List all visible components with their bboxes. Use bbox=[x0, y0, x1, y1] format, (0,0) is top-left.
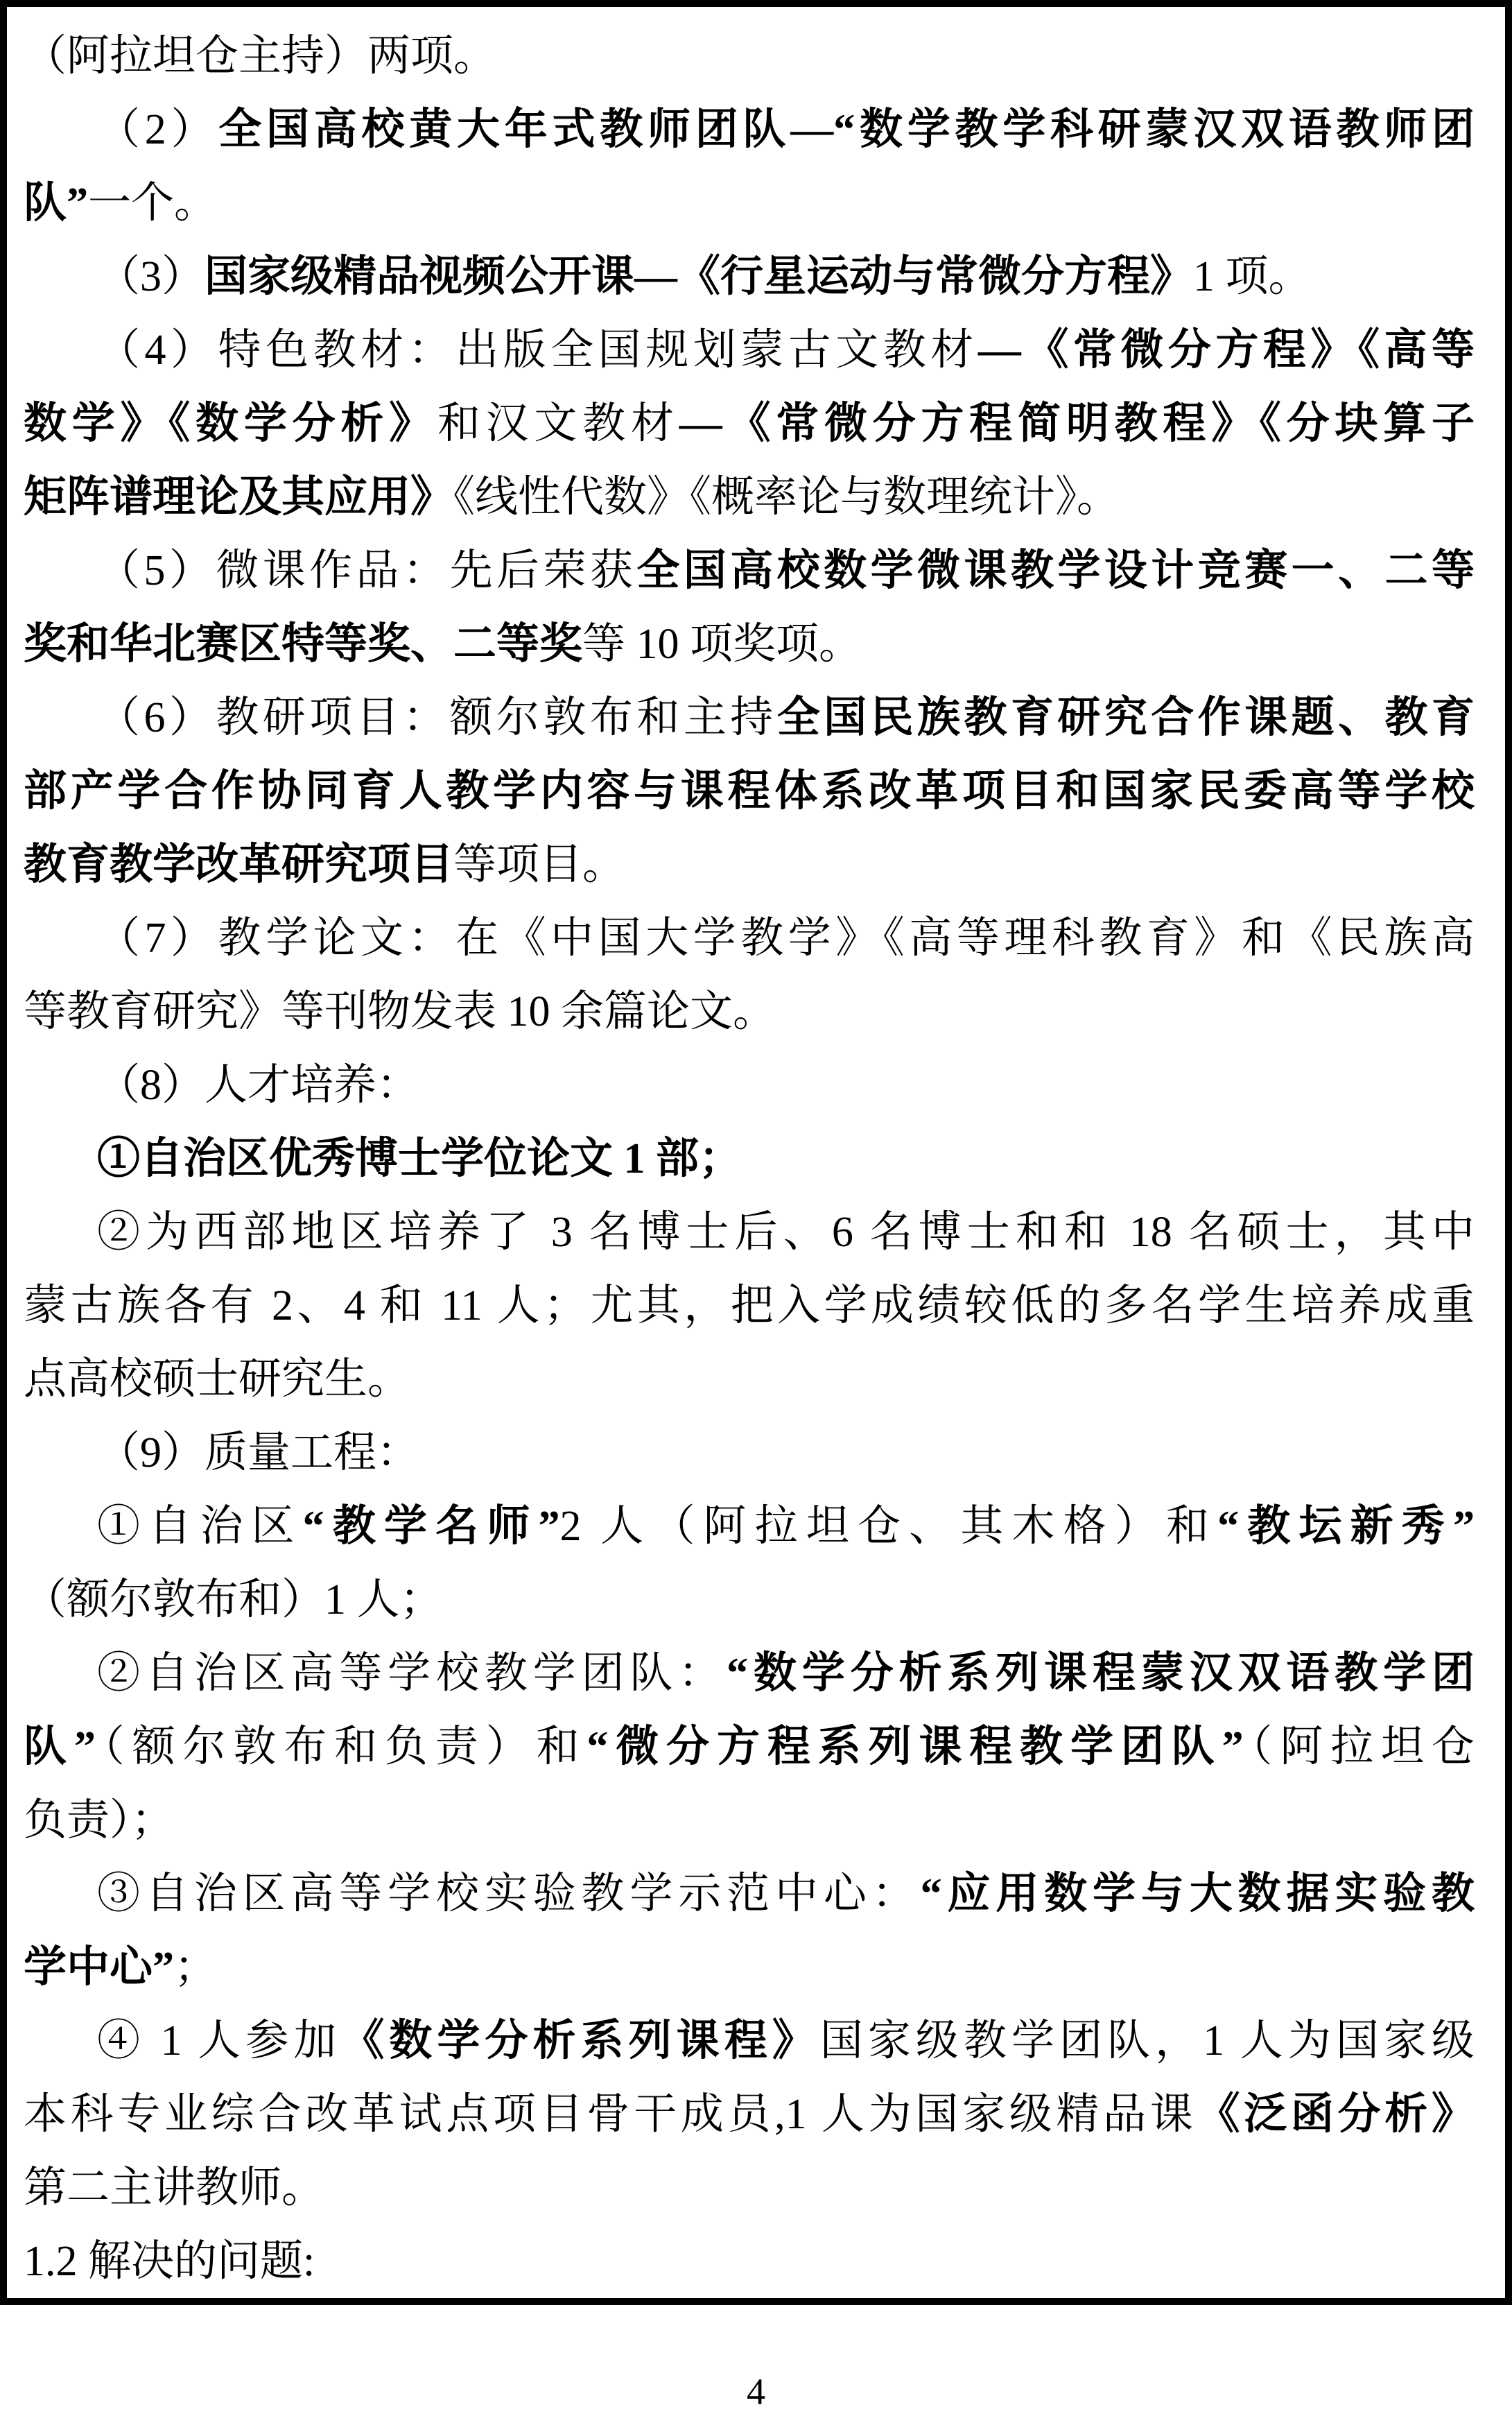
text-run: （8）人才培养： bbox=[97, 1062, 419, 1109]
text-line: 本科专业综合改革试点项目骨干成员,1 人为国家级精品课《泛函分析》 bbox=[24, 2078, 1475, 2151]
text-line: 队”（额尔敦布和负责）和“微分方程系列课程教学团队”（阿拉坦仓 bbox=[24, 1710, 1475, 1784]
text-line: （阿拉坦仓主持）两项。 bbox=[24, 19, 1475, 93]
text-line: 队”一个。 bbox=[24, 166, 1475, 240]
bold-text-run: 全国民族教育研究合作课题、教育 bbox=[777, 694, 1475, 741]
bold-text-run: ①自治区优秀博士学位论文 1 部； bbox=[97, 1135, 742, 1182]
text-run: （额尔敦布和）1 人； bbox=[24, 1576, 443, 1623]
text-run: （2） bbox=[97, 106, 218, 153]
document-content: （阿拉坦仓主持）两项。（2）全国高校黄大年式教师团队—“数学教学科研蒙汉双语教师… bbox=[24, 19, 1475, 2298]
text-run: ②为西部地区培养了 3 名博士后、6 名博士和和 18 名硕士，其中 bbox=[97, 1209, 1475, 1256]
bold-text-run: 学中心” bbox=[24, 1944, 174, 1991]
text-run: 等 10 项奖项。 bbox=[582, 621, 862, 668]
bold-text-run: 《数学分析系列课程》 bbox=[341, 2017, 820, 2064]
bold-text-run: “教坛新秀” bbox=[1217, 1503, 1475, 1550]
text-run: （阿拉坦仓主持）两项。 bbox=[24, 33, 496, 80]
text-line: 数学》《数学分析》和汉文教材—《常微分方程简明教程》《分块算子 bbox=[24, 387, 1475, 460]
bold-text-run: 教育教学改革研究项目 bbox=[24, 841, 453, 888]
bold-text-run: “教学名师” bbox=[303, 1503, 560, 1550]
text-run: 《线性代数》《概率论与数理统计》。 bbox=[453, 474, 1120, 521]
text-run: （5）微课作品：先后荣获 bbox=[97, 547, 636, 594]
text-run: （3） bbox=[97, 253, 205, 300]
text-line: ①自治区优秀博士学位论文 1 部； bbox=[24, 1122, 1475, 1196]
text-line: （8）人才培养： bbox=[24, 1049, 1475, 1122]
text-run: （额尔敦布和负责）和 bbox=[96, 1723, 587, 1770]
text-run: 2 人（阿拉坦仓、其木格）和 bbox=[560, 1503, 1218, 1550]
text-line: 蒙古族各有 2、4 和 11 人；尤其，把入学成绩较低的多名学生培养成重 bbox=[24, 1269, 1475, 1343]
text-run: 和汉文教材 bbox=[437, 400, 679, 447]
text-line: （6）教研项目：额尔敦布和主持全国民族教育研究合作课题、教育 bbox=[24, 681, 1475, 754]
text-run: 等项目。 bbox=[453, 841, 625, 888]
text-line: 等教育研究》等刊物发表 10 余篇论文。 bbox=[24, 975, 1475, 1049]
text-line: ①自治区“教学名师”2 人（阿拉坦仓、其木格）和“教坛新秀” bbox=[24, 1490, 1475, 1563]
text-line: 负责）； bbox=[24, 1784, 1475, 1857]
bold-text-run: “微分方程系列课程教学团队” bbox=[586, 1723, 1243, 1770]
text-run: 蒙古族各有 2、4 和 11 人；尤其，把入学成绩较低的多名学生培养成重 bbox=[24, 1282, 1475, 1329]
text-run: 本科专业综合改革试点项目骨干成员,1 人为国家级精品课 bbox=[24, 2091, 1197, 2138]
text-border-frame: （阿拉坦仓主持）两项。（2）全国高校黄大年式教师团队—“数学教学科研蒙汉双语教师… bbox=[0, 0, 1512, 2305]
text-run: ③自治区高等学校实验教学示范中心： bbox=[97, 1870, 921, 1917]
bold-text-run: —《常微分方程》《高等 bbox=[978, 327, 1475, 374]
text-run: ； bbox=[174, 1944, 217, 1991]
text-run: 一个。 bbox=[88, 180, 217, 227]
page-number: 4 bbox=[0, 2370, 1512, 2413]
text-line: （2）全国高校黄大年式教师团队—“数学教学科研蒙汉双语教师团 bbox=[24, 93, 1475, 166]
text-run: （6）教研项目：额尔敦布和主持 bbox=[97, 694, 777, 741]
text-line: （4）特色教材：出版全国规划蒙古文教材—《常微分方程》《高等 bbox=[24, 313, 1475, 387]
bold-text-run: 全国高校数学微课教学设计竞赛一、二等 bbox=[636, 547, 1475, 594]
text-run: （9）质量工程： bbox=[97, 1429, 419, 1476]
text-line: 奖和华北赛区特等奖、二等奖等 10 项奖项。 bbox=[24, 607, 1475, 681]
bold-text-run: 全国高校黄大年式教师团队—“数学教学科研蒙汉双语教师团 bbox=[218, 106, 1475, 153]
text-run: （7）教学论文：在《中国大学教学》《高等理科教育》和《民族高 bbox=[97, 915, 1475, 962]
text-line: （3）国家级精品视频公开课—《行星运动与常微分方程》1 项。 bbox=[24, 240, 1475, 313]
bold-text-run: 矩阵谱理论及其应用》 bbox=[24, 474, 453, 521]
text-line: 教育教学改革研究项目等项目。 bbox=[24, 828, 1475, 902]
bold-text-run: 队” bbox=[24, 180, 88, 227]
text-run: 点高校硕士研究生。 bbox=[24, 1356, 410, 1403]
bold-text-run: 《泛函分析》 bbox=[1197, 2091, 1475, 2138]
text-run: 第二主讲教师。 bbox=[24, 2164, 324, 2211]
text-line: 1.2 解决的问题: bbox=[24, 2225, 1475, 2298]
text-run: ①自治区 bbox=[97, 1503, 303, 1550]
text-line: （额尔敦布和）1 人； bbox=[24, 1563, 1475, 1637]
bold-text-run: 部产学合作协同育人教学内容与课程体系改革项目和国家民委高等学校 bbox=[24, 768, 1475, 815]
text-run: 等教育研究》等刊物发表 10 余篇论文。 bbox=[24, 988, 776, 1035]
bold-text-run: 数学》《数学分析》 bbox=[24, 400, 437, 447]
text-line: （9）质量工程： bbox=[24, 1416, 1475, 1490]
bold-text-run: —《常微分方程简明教程》《分块算子 bbox=[679, 400, 1475, 447]
text-line: 部产学合作协同育人教学内容与课程体系改革项目和国家民委高等学校 bbox=[24, 754, 1475, 828]
text-run: 1 项。 bbox=[1193, 253, 1312, 300]
bold-text-run: 奖和华北赛区特等奖、二等奖 bbox=[24, 621, 582, 668]
text-line: ④ 1 人参加《数学分析系列课程》国家级教学团队，1 人为国家级 bbox=[24, 2004, 1475, 2078]
text-line: 点高校硕士研究生。 bbox=[24, 1343, 1475, 1416]
text-line: 第二主讲教师。 bbox=[24, 2151, 1475, 2225]
text-run: 负责）； bbox=[24, 1797, 174, 1844]
bold-text-run: “应用数学与大数据实验教 bbox=[921, 1870, 1475, 1917]
text-line: ②为西部地区培养了 3 名博士后、6 名博士和和 18 名硕士，其中 bbox=[24, 1196, 1475, 1269]
text-run: 1.2 解决的问题: bbox=[24, 2238, 315, 2285]
text-line: 学中心”； bbox=[24, 1931, 1475, 2004]
text-line: ②自治区高等学校教学团队：“数学分析系列课程蒙汉双语教学团 bbox=[24, 1637, 1475, 1710]
text-line: （5）微课作品：先后荣获全国高校数学微课教学设计竞赛一、二等 bbox=[24, 534, 1475, 607]
bold-text-run: 国家级精品视频公开课—《行星运动与常微分方程》 bbox=[205, 253, 1193, 300]
text-run: ④ 1 人参加 bbox=[97, 2017, 341, 2064]
text-run: ②自治区高等学校教学团队： bbox=[97, 1650, 727, 1697]
text-line: （7）教学论文：在《中国大学教学》《高等理科教育》和《民族高 bbox=[24, 902, 1475, 975]
text-run: （4）特色教材：出版全国规划蒙古文教材 bbox=[97, 327, 978, 374]
text-line: 矩阵谱理论及其应用》《线性代数》《概率论与数理统计》。 bbox=[24, 460, 1475, 534]
bold-text-run: “数学分析系列课程蒙汉双语教学团 bbox=[727, 1650, 1475, 1697]
text-line: ③自治区高等学校实验教学示范中心：“应用数学与大数据实验教 bbox=[24, 1857, 1475, 1931]
text-run: 国家级教学团队，1 人为国家级 bbox=[820, 2017, 1475, 2064]
bold-text-run: 队” bbox=[24, 1723, 96, 1770]
text-run: （阿拉坦仓 bbox=[1244, 1723, 1475, 1770]
